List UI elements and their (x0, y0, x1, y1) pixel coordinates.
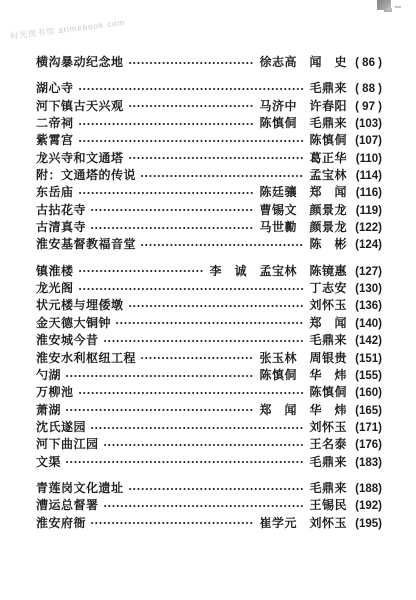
entry-page-number: (119) (349, 203, 382, 220)
entry-title: 河下曲江园 (36, 436, 99, 453)
toc-entry: 漕运总督署 王锡民 (192) (36, 497, 382, 514)
toc-entry: 龙兴寺和文通塔 葛正华 (110) (36, 150, 382, 167)
entry-title: 附：文通塔的传说 (36, 167, 136, 184)
toc-entry: 镇淮楼 李 诚 孟宝林 陈镜惠 (127) (36, 263, 382, 280)
entry-page-number: ( 97 ) (349, 99, 382, 116)
toc-entry: 河下镇古天兴观 马济中 许春阳 ( 97 ) (36, 98, 382, 115)
toc-entry: 东岳庙 陈廷骧 郑 闻 (116) (36, 184, 382, 201)
dot-leader (128, 100, 255, 112)
dot-leader (78, 187, 255, 199)
entry-title: 二帝祠 (36, 115, 74, 132)
entry-page-number: (103) (349, 116, 382, 133)
entry-title: 东岳庙 (36, 184, 74, 201)
dot-leader (128, 300, 305, 312)
toc-entry: 淮安府衙 崔学元 刘怀玉 (195) (36, 515, 382, 532)
entry-title: 龙光阁 (36, 280, 74, 297)
dot-leader (103, 500, 305, 512)
entry-page-number: (116) (349, 185, 382, 202)
entry-authors: 张玉林 周银贵 (259, 350, 347, 367)
entry-page-number: ( 86 ) (349, 55, 382, 72)
entry-title: 淮安府衙 (36, 515, 86, 532)
entry-title: 金天德大铜钟 (36, 315, 111, 332)
toc-group: 横沟暴动纪念地 徐志高 闻 史 ( 86 ) (36, 54, 382, 71)
toc-entry: 横沟暴动纪念地 徐志高 闻 史 ( 86 ) (36, 54, 382, 71)
dot-leader (90, 422, 304, 434)
toc-entry: 河下曲江园 王名泰 (176) (36, 436, 382, 453)
entry-authors: 马世勷 颜景龙 (259, 219, 347, 236)
toc-entry: 附：文通塔的传说 孟宝林 (114) (36, 167, 382, 184)
dot-leader (65, 370, 254, 382)
entry-title: 古清真寺 (36, 219, 86, 236)
dot-leader (65, 404, 254, 416)
dot-leader (140, 239, 304, 251)
entry-title: 镇淮楼 (36, 263, 74, 280)
entry-title: 河下镇古天兴观 (36, 98, 124, 115)
entry-authors: 崔学元 刘怀玉 (259, 515, 347, 532)
entry-title: 万柳池 (36, 384, 74, 401)
entry-authors: 葛正华 (309, 150, 347, 167)
toc-entry: 淮安水利枢纽工程 张玉林 周银贵 (151) (36, 350, 382, 367)
toc-group: 湖心寺 毛鼎来 ( 88 ) 河下镇古天兴观 马济中 许春阳 ( 97 ) 二帝… (36, 80, 382, 253)
dot-leader (128, 152, 305, 164)
entry-authors: 马济中 许春阳 (259, 98, 347, 115)
entry-page-number: (127) (349, 264, 382, 281)
toc-group: 青莲岗文化遗址 毛鼎来 (188) 漕运总督署 王锡民 (192) 淮安府衙 崔… (36, 480, 382, 532)
toc-group: 镇淮楼 李 诚 孟宝林 陈镜惠 (127) 龙光阁 丁志安 (130) 状元楼与… (36, 263, 382, 471)
entry-authors: 郑 闻 (309, 315, 347, 332)
dot-leader (78, 265, 205, 277)
table-of-contents: 横沟暴动纪念地 徐志高 闻 史 ( 86 ) 湖心寺 毛鼎来 ( 88 ) 河下… (36, 54, 382, 541)
entry-page-number: (188) (349, 481, 382, 498)
dot-leader (103, 439, 305, 451)
dot-leader (103, 335, 305, 347)
dot-leader (65, 456, 304, 468)
entry-authors: 陈 彬 (309, 236, 347, 253)
entry-authors: 陈慎侗 (309, 384, 347, 401)
entry-page-number: (130) (349, 281, 382, 298)
entry-authors: 曹锡文 颜景龙 (259, 202, 347, 219)
entry-authors: 陈廷骧 郑 闻 (259, 184, 347, 201)
entry-title: 淮安水利枢纽工程 (36, 350, 136, 367)
scan-smudge-artifact (377, 0, 391, 10)
entry-title: 青莲岗文化遗址 (36, 480, 124, 497)
toc-entry: 文渠 毛鼎来 (183) (36, 454, 382, 471)
entry-page-number: (110) (349, 151, 382, 168)
entry-page-number: (171) (349, 420, 382, 437)
entry-title: 文渠 (36, 454, 61, 471)
entry-authors: 丁志安 (309, 280, 347, 297)
dot-leader (128, 57, 255, 69)
toc-entry: 萧湖 郑 闻 华 炜 (165) (36, 402, 382, 419)
dot-leader (140, 170, 304, 182)
entry-title: 湖心寺 (36, 80, 74, 97)
entry-page-number: (192) (349, 498, 382, 515)
dot-leader (90, 222, 254, 234)
entry-page-number: (155) (349, 368, 382, 385)
entry-page-number: (107) (349, 133, 382, 150)
toc-entry: 勺湖 陈慎侗 华 炜 (155) (36, 367, 382, 384)
entry-title: 沈氏遂园 (36, 419, 86, 436)
entry-title: 紫霄宫 (36, 132, 74, 149)
toc-entry: 二帝祠 陈慎侗 毛鼎来 (103) (36, 115, 382, 132)
toc-entry: 沈氏遂园 刘怀玉 (171) (36, 419, 382, 436)
dot-leader (90, 517, 254, 529)
entry-title: 古拈花寺 (36, 202, 86, 219)
toc-entry: 青莲岗文化遗址 毛鼎来 (188) (36, 480, 382, 497)
entry-authors: 毛鼎来 (309, 332, 347, 349)
entry-page-number: (195) (349, 516, 382, 533)
entry-authors: 王名泰 (309, 436, 347, 453)
watermark-text: 时光图书馆 atimebook.com (10, 17, 126, 42)
entry-title: 淮安城今昔 (36, 332, 99, 349)
entry-authors: 毛鼎来 (309, 80, 347, 97)
entry-page-number: (160) (349, 385, 382, 402)
dot-leader (78, 135, 305, 147)
entry-title: 淮安基督教福音堂 (36, 236, 136, 253)
toc-entry: 金天德大铜钟 郑 闻 (140) (36, 315, 382, 332)
dot-leader (78, 83, 305, 95)
dot-leader (115, 317, 304, 329)
entry-title: 龙兴寺和文通塔 (36, 150, 124, 167)
entry-page-number: (140) (349, 316, 382, 333)
entry-title: 状元楼与埋倭墩 (36, 297, 124, 314)
entry-authors: 徐志高 闻 史 (259, 54, 347, 71)
entry-authors: 郑 闻 华 炜 (259, 402, 347, 419)
entry-authors: 毛鼎来 (309, 454, 347, 471)
entry-page-number: (122) (349, 220, 382, 237)
entry-authors: 陈慎侗 (309, 132, 347, 149)
entry-page-number: (176) (349, 437, 382, 454)
toc-entry: 紫霄宫 陈慎侗 (107) (36, 132, 382, 149)
entry-page-number: (151) (349, 351, 382, 368)
toc-entry: 龙光阁 丁志安 (130) (36, 280, 382, 297)
entry-page-number: (183) (349, 455, 382, 472)
dot-leader (128, 483, 305, 495)
entry-authors: 陈慎侗 毛鼎来 (259, 115, 347, 132)
entry-page-number: (142) (349, 333, 382, 350)
entry-page-number: (136) (349, 298, 382, 315)
entry-title: 萧湖 (36, 402, 61, 419)
dot-leader (78, 387, 305, 399)
entry-authors: 孟宝林 (309, 167, 347, 184)
dot-leader (140, 352, 254, 364)
toc-entry: 淮安城今昔 毛鼎来 (142) (36, 332, 382, 349)
entry-page-number: (124) (349, 237, 382, 254)
dot-leader (78, 118, 255, 130)
toc-entry: 古清真寺 马世勷 颜景龙 (122) (36, 219, 382, 236)
entry-authors: 毛鼎来 (309, 480, 347, 497)
entry-authors: 刘怀玉 (309, 419, 347, 436)
entry-title: 漕运总督署 (36, 497, 99, 514)
entry-page-number: ( 88 ) (349, 81, 382, 98)
entry-authors: 陈慎侗 华 炜 (259, 367, 347, 384)
entry-authors: 李 诚 孟宝林 陈镜惠 (209, 263, 347, 280)
dot-leader (78, 283, 305, 295)
entry-authors: 王锡民 (309, 497, 347, 514)
dot-leader (90, 204, 254, 216)
entry-page-number: (165) (349, 403, 382, 420)
entry-title: 横沟暴动纪念地 (36, 54, 124, 71)
toc-entry: 状元楼与埋倭墩 刘怀玉 (136) (36, 297, 382, 314)
toc-entry: 湖心寺 毛鼎来 ( 88 ) (36, 80, 382, 97)
entry-authors: 刘怀玉 (309, 297, 347, 314)
entry-page-number: (114) (349, 168, 382, 185)
toc-entry: 万柳池 陈慎侗 (160) (36, 384, 382, 401)
toc-entry: 淮安基督教福音堂 陈 彬 (124) (36, 236, 382, 253)
toc-entry: 古拈花寺 曹锡文 颜景龙 (119) (36, 202, 382, 219)
entry-title: 勺湖 (36, 367, 61, 384)
